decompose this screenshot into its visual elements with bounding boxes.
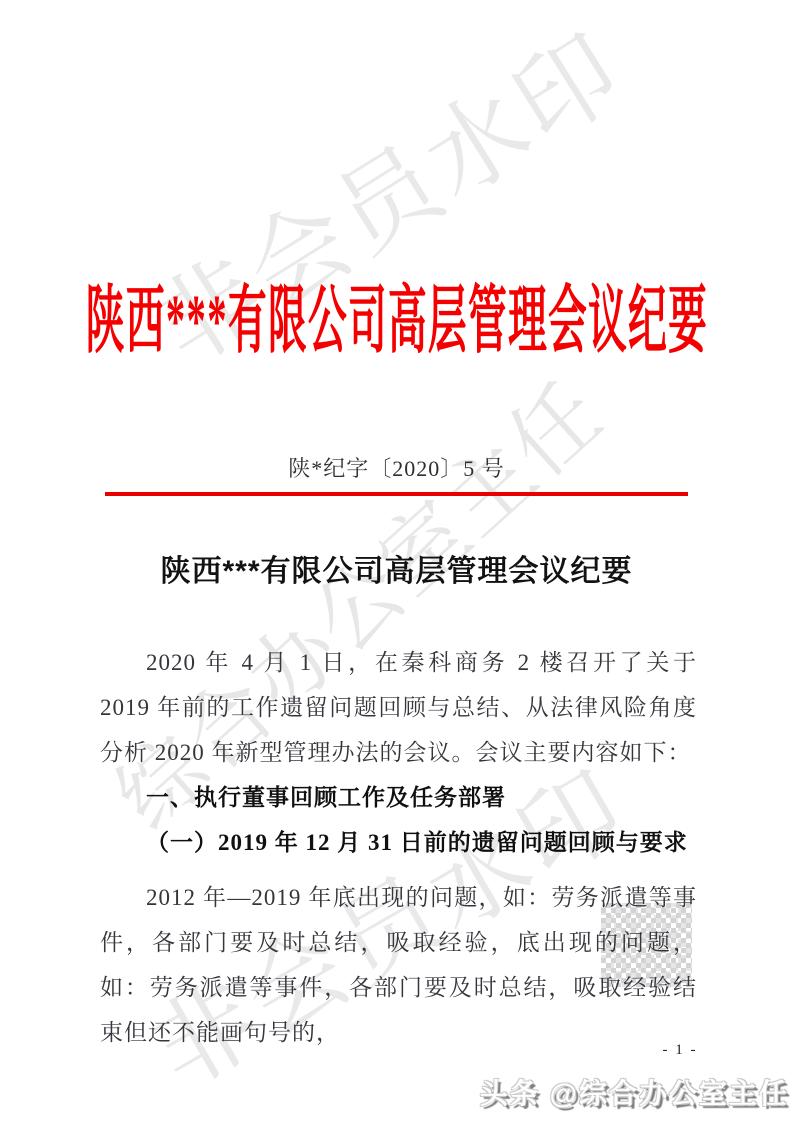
document-page: 非会员水印 综合办公室主任 非会员水印 陕西***有限公司高层管理会议纪要 陕*… xyxy=(0,0,793,1122)
section-heading-1: 一、执行董事回顾工作及任务部署 xyxy=(100,775,697,820)
section-heading-2: （一）2019 年 12 月 31 日前的遗留问题回顾与要求 xyxy=(100,820,697,865)
doc-number: 陕*纪字〔2020〕5 号 xyxy=(0,452,793,483)
document-title: 陕西***有限公司高层管理会议纪要 xyxy=(0,546,793,590)
banner-title: 陕西***有限公司高层管理会议纪要 xyxy=(85,262,707,368)
document-body: 2020 年 4 月 1 日，在秦科商务 2 楼召开了关于 2019 年前的工作… xyxy=(100,640,697,1055)
footer-brand-watermark: 头条 @综合办公室主任 xyxy=(480,1072,789,1112)
red-divider-rule xyxy=(105,492,688,496)
paragraph-2: 2012 年—2019 年底出现的问题，如：劳务派遣等事件，各部门要及时总结，吸… xyxy=(100,875,697,1055)
banner-title-row: 陕西***有限公司高层管理会议纪要 xyxy=(0,248,793,382)
paragraph-1: 2020 年 4 月 1 日，在秦科商务 2 楼召开了关于 2019 年前的工作… xyxy=(100,640,697,775)
page-number: - 1 - xyxy=(630,1042,730,1059)
